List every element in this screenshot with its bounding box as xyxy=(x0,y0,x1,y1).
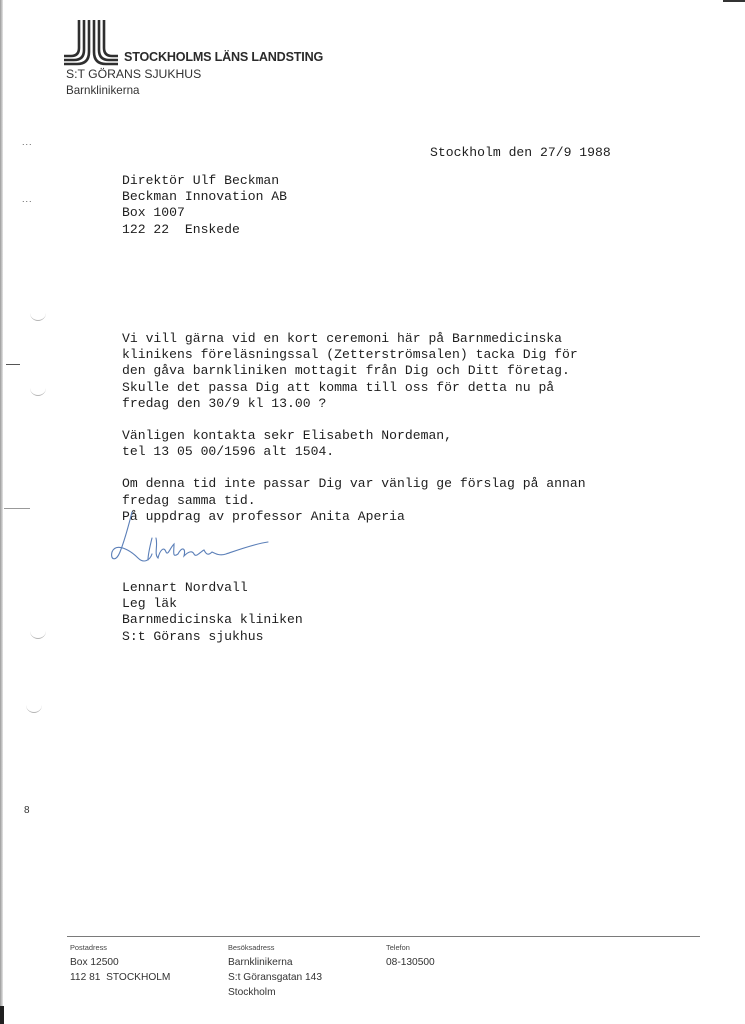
footer-label: Postadress xyxy=(70,943,170,952)
body-line: Vänligen kontakta sekr Elisabeth Nordema… xyxy=(122,428,586,444)
scan-edge-top xyxy=(723,0,745,2)
organization-name: STOCKHOLMS LÄNS LANDSTING xyxy=(124,50,323,64)
footer-line: 112 81 STOCKHOLM xyxy=(70,970,170,985)
department-name: Barnklinikerna xyxy=(66,84,139,97)
recipient-line: Beckman Innovation AB xyxy=(122,189,287,205)
recipient-line: Box 1007 xyxy=(122,205,287,221)
fold-mark xyxy=(4,508,30,509)
letter-body: Vi vill gärna vid en kort ceremoni här p… xyxy=(122,331,586,525)
footer-label: Besöksadress xyxy=(228,943,322,952)
sender-line: Barnmedicinska kliniken xyxy=(122,612,303,628)
body-paragraph: Vänligen kontakta sekr Elisabeth Nordema… xyxy=(122,428,586,460)
margin-mark: ... xyxy=(22,137,33,147)
footer-divider xyxy=(67,936,700,937)
page-number: 8 xyxy=(24,805,30,816)
sender-line: Leg läk xyxy=(122,596,303,612)
punch-hole-mark xyxy=(30,387,46,396)
footer-line: 08-130500 xyxy=(386,955,435,970)
body-line: den gåva barnkliniken mottagit från Dig … xyxy=(122,363,586,379)
footer-line: Barnklinikerna xyxy=(228,955,322,970)
body-line: Skulle det passa Dig att komma till oss … xyxy=(122,380,586,396)
hospital-name: S:T GÖRANS SJUKHUS xyxy=(66,67,201,81)
body-line: tel 13 05 00/1596 alt 1504. xyxy=(122,444,586,460)
body-paragraph: Om denna tid inte passar Dig var vänlig … xyxy=(122,476,586,508)
scan-edge xyxy=(0,0,3,1024)
recipient-address: Direktör Ulf Beckman Beckman Innovation … xyxy=(122,173,287,238)
recipient-line: 122 22 Enskede xyxy=(122,222,287,238)
sll-logo-icon xyxy=(64,20,118,66)
sender-line: S:t Görans sjukhus xyxy=(122,629,303,645)
handwritten-signature-icon xyxy=(108,508,278,570)
date-line: Stockholm den 27/9 1988 xyxy=(430,145,611,161)
recipient-line: Direktör Ulf Beckman xyxy=(122,173,287,189)
footer-line: Stockholm xyxy=(228,985,322,1000)
body-line: Om denna tid inte passar Dig var vänlig … xyxy=(122,476,586,492)
footer-line: Box 12500 xyxy=(70,955,170,970)
margin-mark: ... xyxy=(22,194,33,204)
footer-postal-address: Postadress Box 12500 112 81 STOCKHOLM xyxy=(70,943,170,985)
footer-visiting-address: Besöksadress Barnklinikerna S:t Göransga… xyxy=(228,943,322,1000)
footer-label: Telefon xyxy=(386,943,435,952)
fold-mark xyxy=(6,364,20,365)
punch-hole-mark xyxy=(26,704,42,713)
body-paragraph: Vi vill gärna vid en kort ceremoni här p… xyxy=(122,331,586,412)
body-line: klinikens föreläsningssal (Zetterströmsa… xyxy=(122,347,586,363)
footer-line: S:t Göransgatan 143 xyxy=(228,970,322,985)
footer-phone: Telefon 08-130500 xyxy=(386,943,435,970)
body-line: fredag samma tid. xyxy=(122,493,586,509)
punch-hole-mark xyxy=(30,312,46,321)
body-line: Vi vill gärna vid en kort ceremoni här p… xyxy=(122,331,586,347)
body-line: fredag den 30/9 kl 13.00 ? xyxy=(122,396,586,412)
punch-hole-mark xyxy=(30,630,46,639)
scan-edge-corner xyxy=(0,1006,4,1024)
sender-line: Lennart Nordvall xyxy=(122,580,303,596)
sender-block: Lennart Nordvall Leg läk Barnmedicinska … xyxy=(122,580,303,645)
